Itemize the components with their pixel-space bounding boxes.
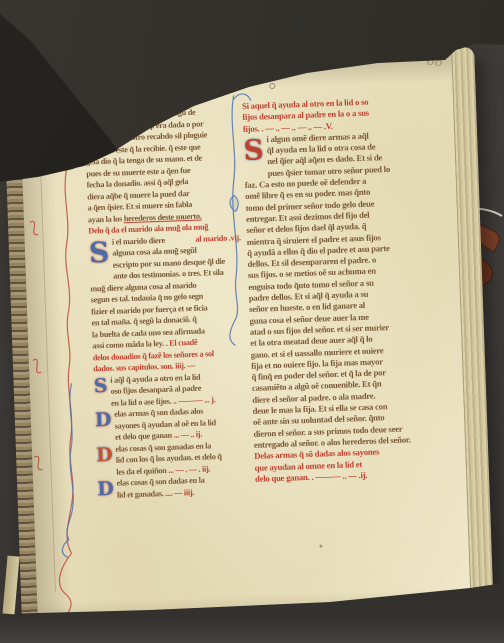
text-column-right: Si aquel q̃ ayuda al otro en la lid o so… — [242, 94, 457, 485]
text-block-rubric: Delas armas q̃ sõ dadas alos sayonesque … — [254, 444, 457, 485]
text-segment: El cuadẽ — [169, 338, 198, 348]
text-segment: .... — iiij. — [165, 487, 194, 497]
text-block-para: Si algun omẽ diere armas a aq̃lq̃l ayuda… — [243, 128, 456, 451]
text-segment: ante dos testimonias. o tres. Et sila — [113, 268, 224, 281]
text-block-para: ission no reciba daño. Et si algũ dereci… — [84, 105, 240, 225]
folio-number: 68 — [426, 54, 444, 70]
text-block-item: Delas cosas q̃ son dadas en lalid et gan… — [97, 473, 250, 501]
text-segment: ... — .. ij. — [173, 430, 202, 440]
illuminated-initial: D — [96, 444, 113, 468]
illuminated-initial: D — [95, 410, 112, 434]
text-block-item: Si aq̃l q̃ ayuda a otro en la lidoso fij… — [93, 370, 246, 410]
text-segment: assi como mãda la ley. . — [92, 339, 169, 351]
text-segment: les da el quiñon — [116, 465, 168, 476]
ink-speck — [319, 545, 322, 548]
heading-numeral: V — [234, 51, 256, 89]
text-segment: ... — . — . iij. — [168, 464, 210, 474]
text-segment: .. ——— ... j. — [173, 395, 216, 405]
text-segment: et delo que ganan — [115, 431, 174, 442]
text-block-para: Si el marido diere al marido .vij.alguna… — [89, 232, 245, 352]
text-block-item: Delas armas q̃ son dadas alossayones q̃ … — [95, 404, 248, 444]
text-segment: al marido .vij. — [195, 232, 241, 245]
text-segment: elas armas q̃ son dadas alos — [114, 407, 203, 419]
text-segment: lid et ganadas. — [117, 488, 166, 499]
text-segment: ayan la los — [88, 214, 124, 224]
text-block-item: Delas cosas q̃ son ganadas en lalid con … — [96, 439, 249, 479]
text-segment: i el marido diere — [112, 235, 165, 246]
illuminated-initial: S — [89, 237, 110, 272]
book-page: V 68 iss — [2, 47, 493, 621]
illuminated-initial: D — [97, 479, 114, 503]
text-column-left: ission no reciba daño. Et si algũ dereci… — [84, 105, 250, 502]
page-edge-sliver — [2, 556, 19, 615]
illuminated-initial: S — [93, 375, 108, 398]
illuminated-initial: S — [243, 135, 264, 170]
text-segment: oso fijos desanparã al padre — [110, 384, 201, 396]
manuscript-photo: V 68 iss — [0, 0, 504, 643]
text-segment: en la lid o ase fijos. — [111, 396, 173, 407]
text-segment: elas cosas q̃ son dadas en la — [116, 476, 204, 488]
text-segment: alguna cosa ala mug̃ segũl — [112, 246, 197, 258]
